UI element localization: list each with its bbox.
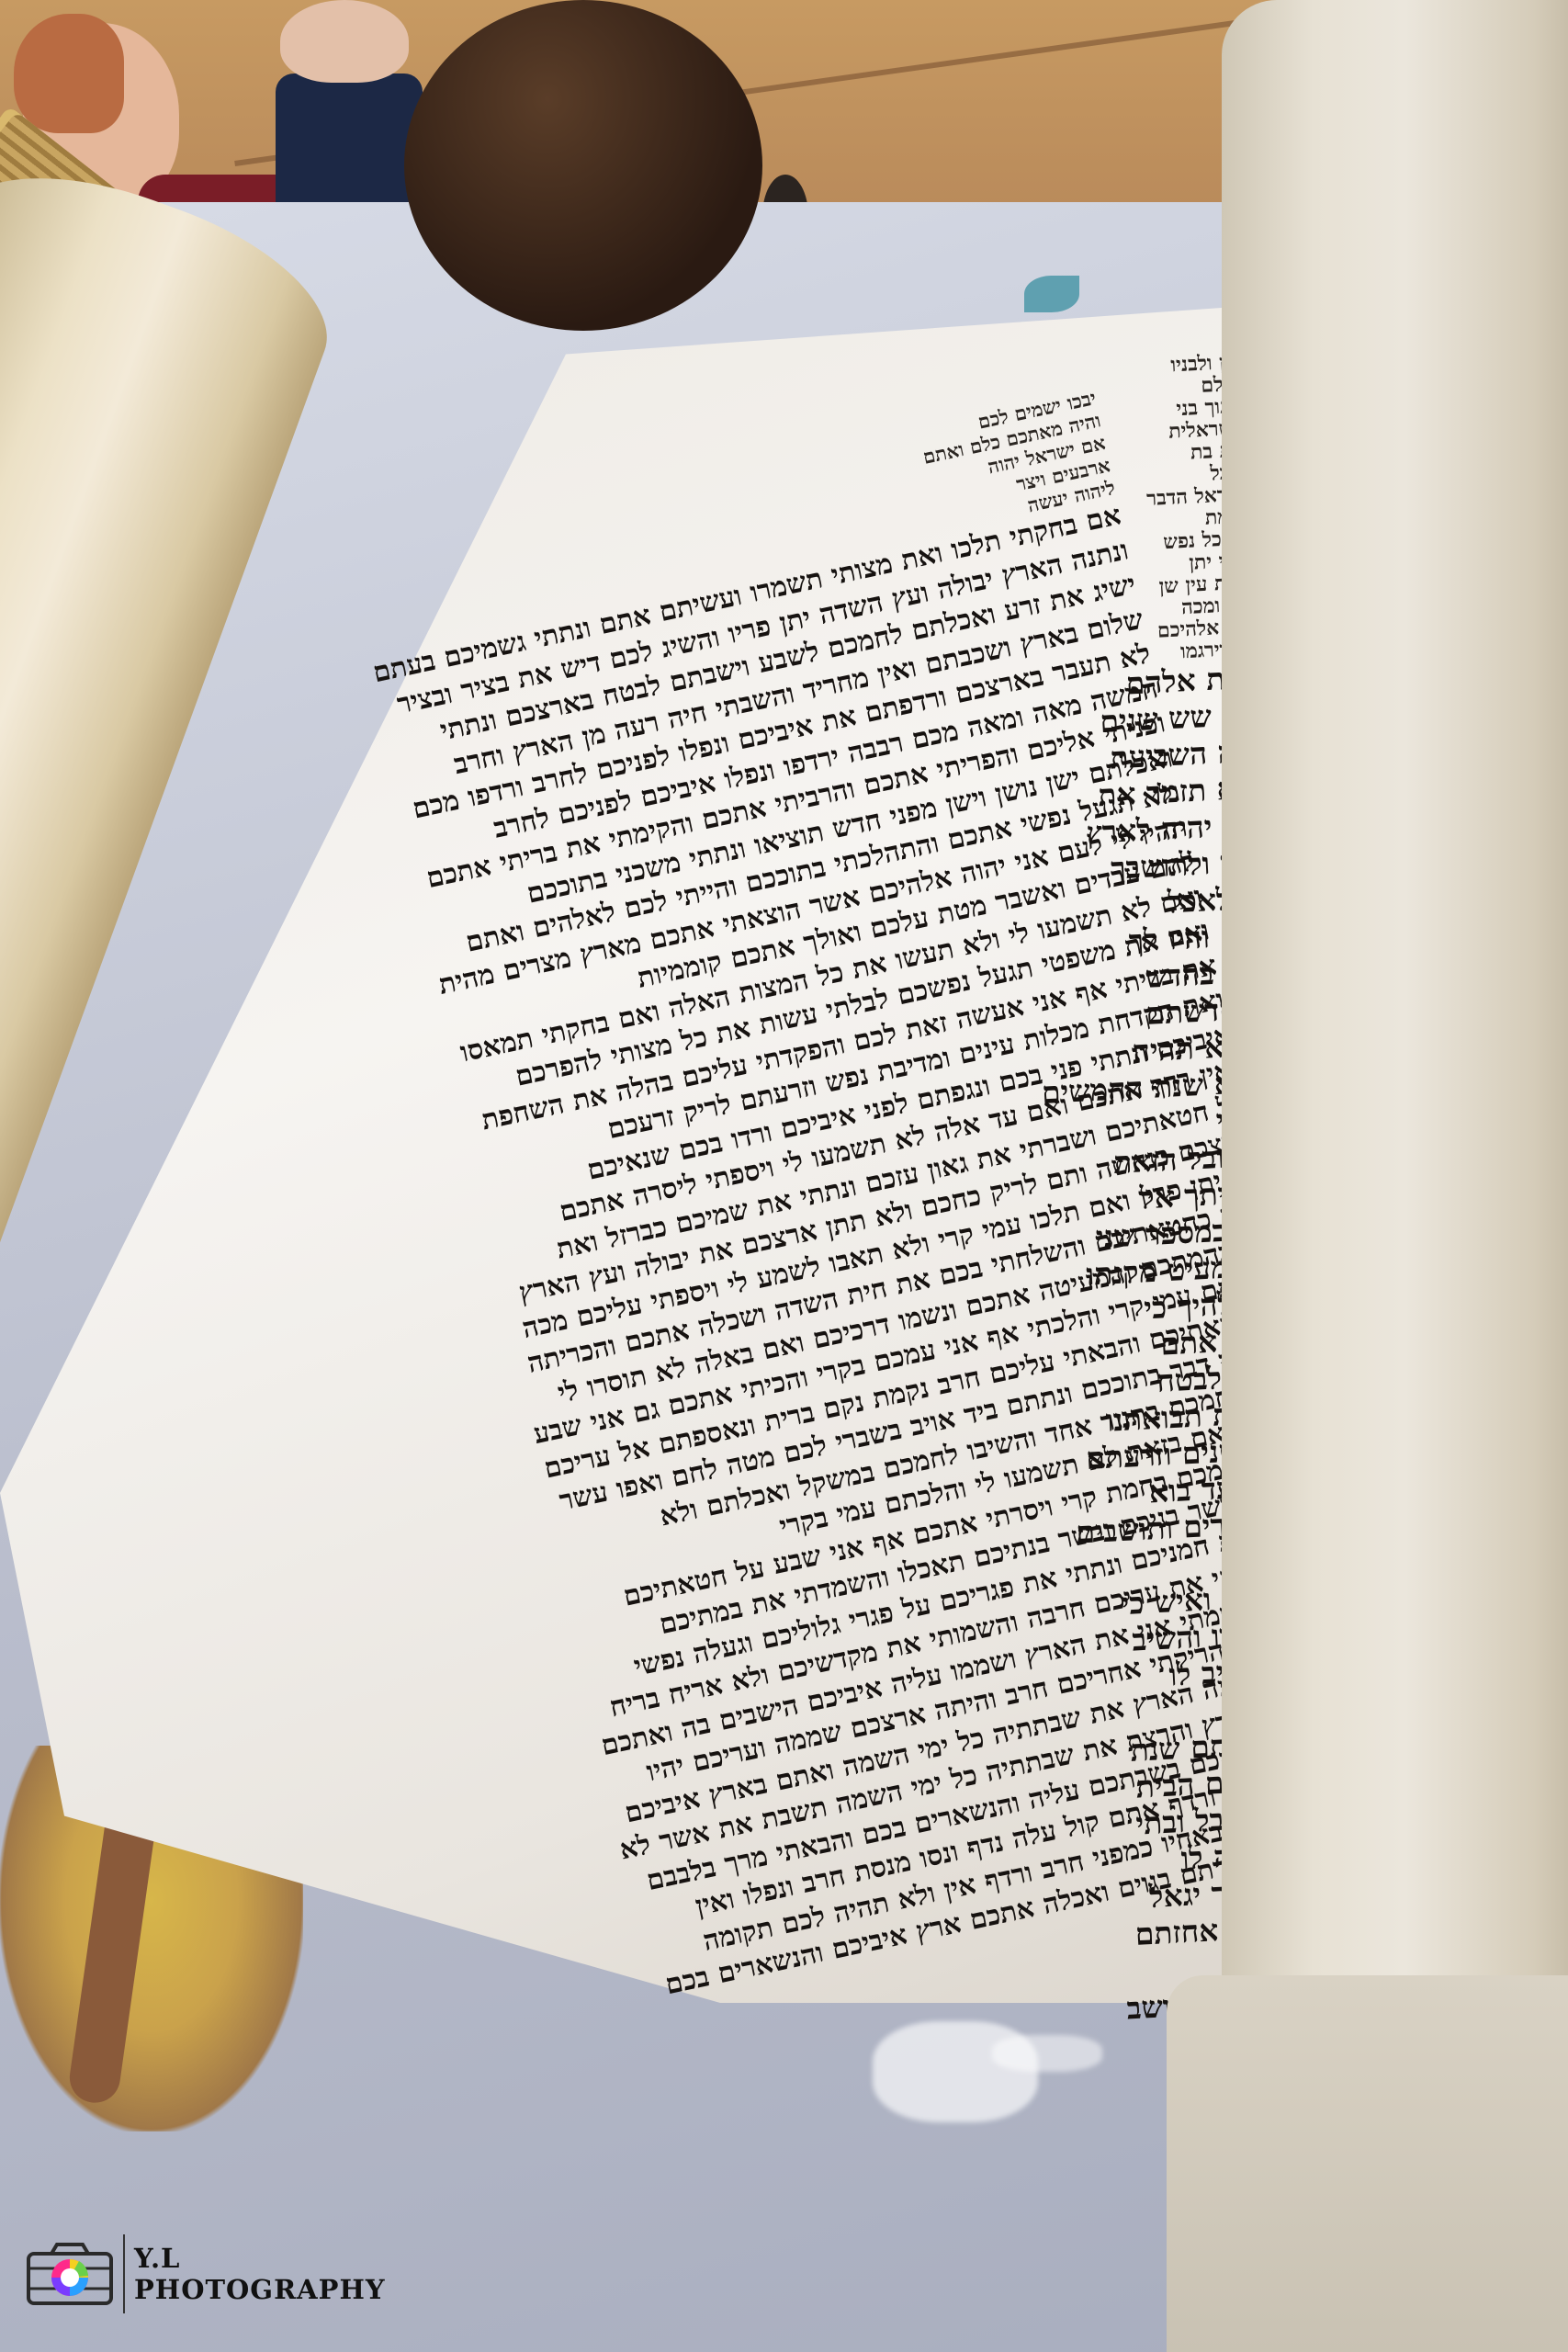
scroll-roller-disc-left — [404, 0, 762, 331]
embroidered-leaf — [1024, 276, 1079, 312]
person-child-hair — [14, 14, 124, 133]
person-face — [280, 0, 409, 83]
camera-icon — [26, 2241, 114, 2307]
scroll-roll-right-base — [1167, 1975, 1568, 2352]
watermark-line-1: Y.L — [134, 2243, 386, 2274]
watermark-text: Y.L PHOTOGRAPHY — [134, 2243, 386, 2305]
watermark-divider — [123, 2234, 125, 2313]
watermark-line-2: PHOTOGRAPHY — [134, 2274, 386, 2305]
watermark: Y.L PHOTOGRAPHY — [26, 2234, 386, 2313]
